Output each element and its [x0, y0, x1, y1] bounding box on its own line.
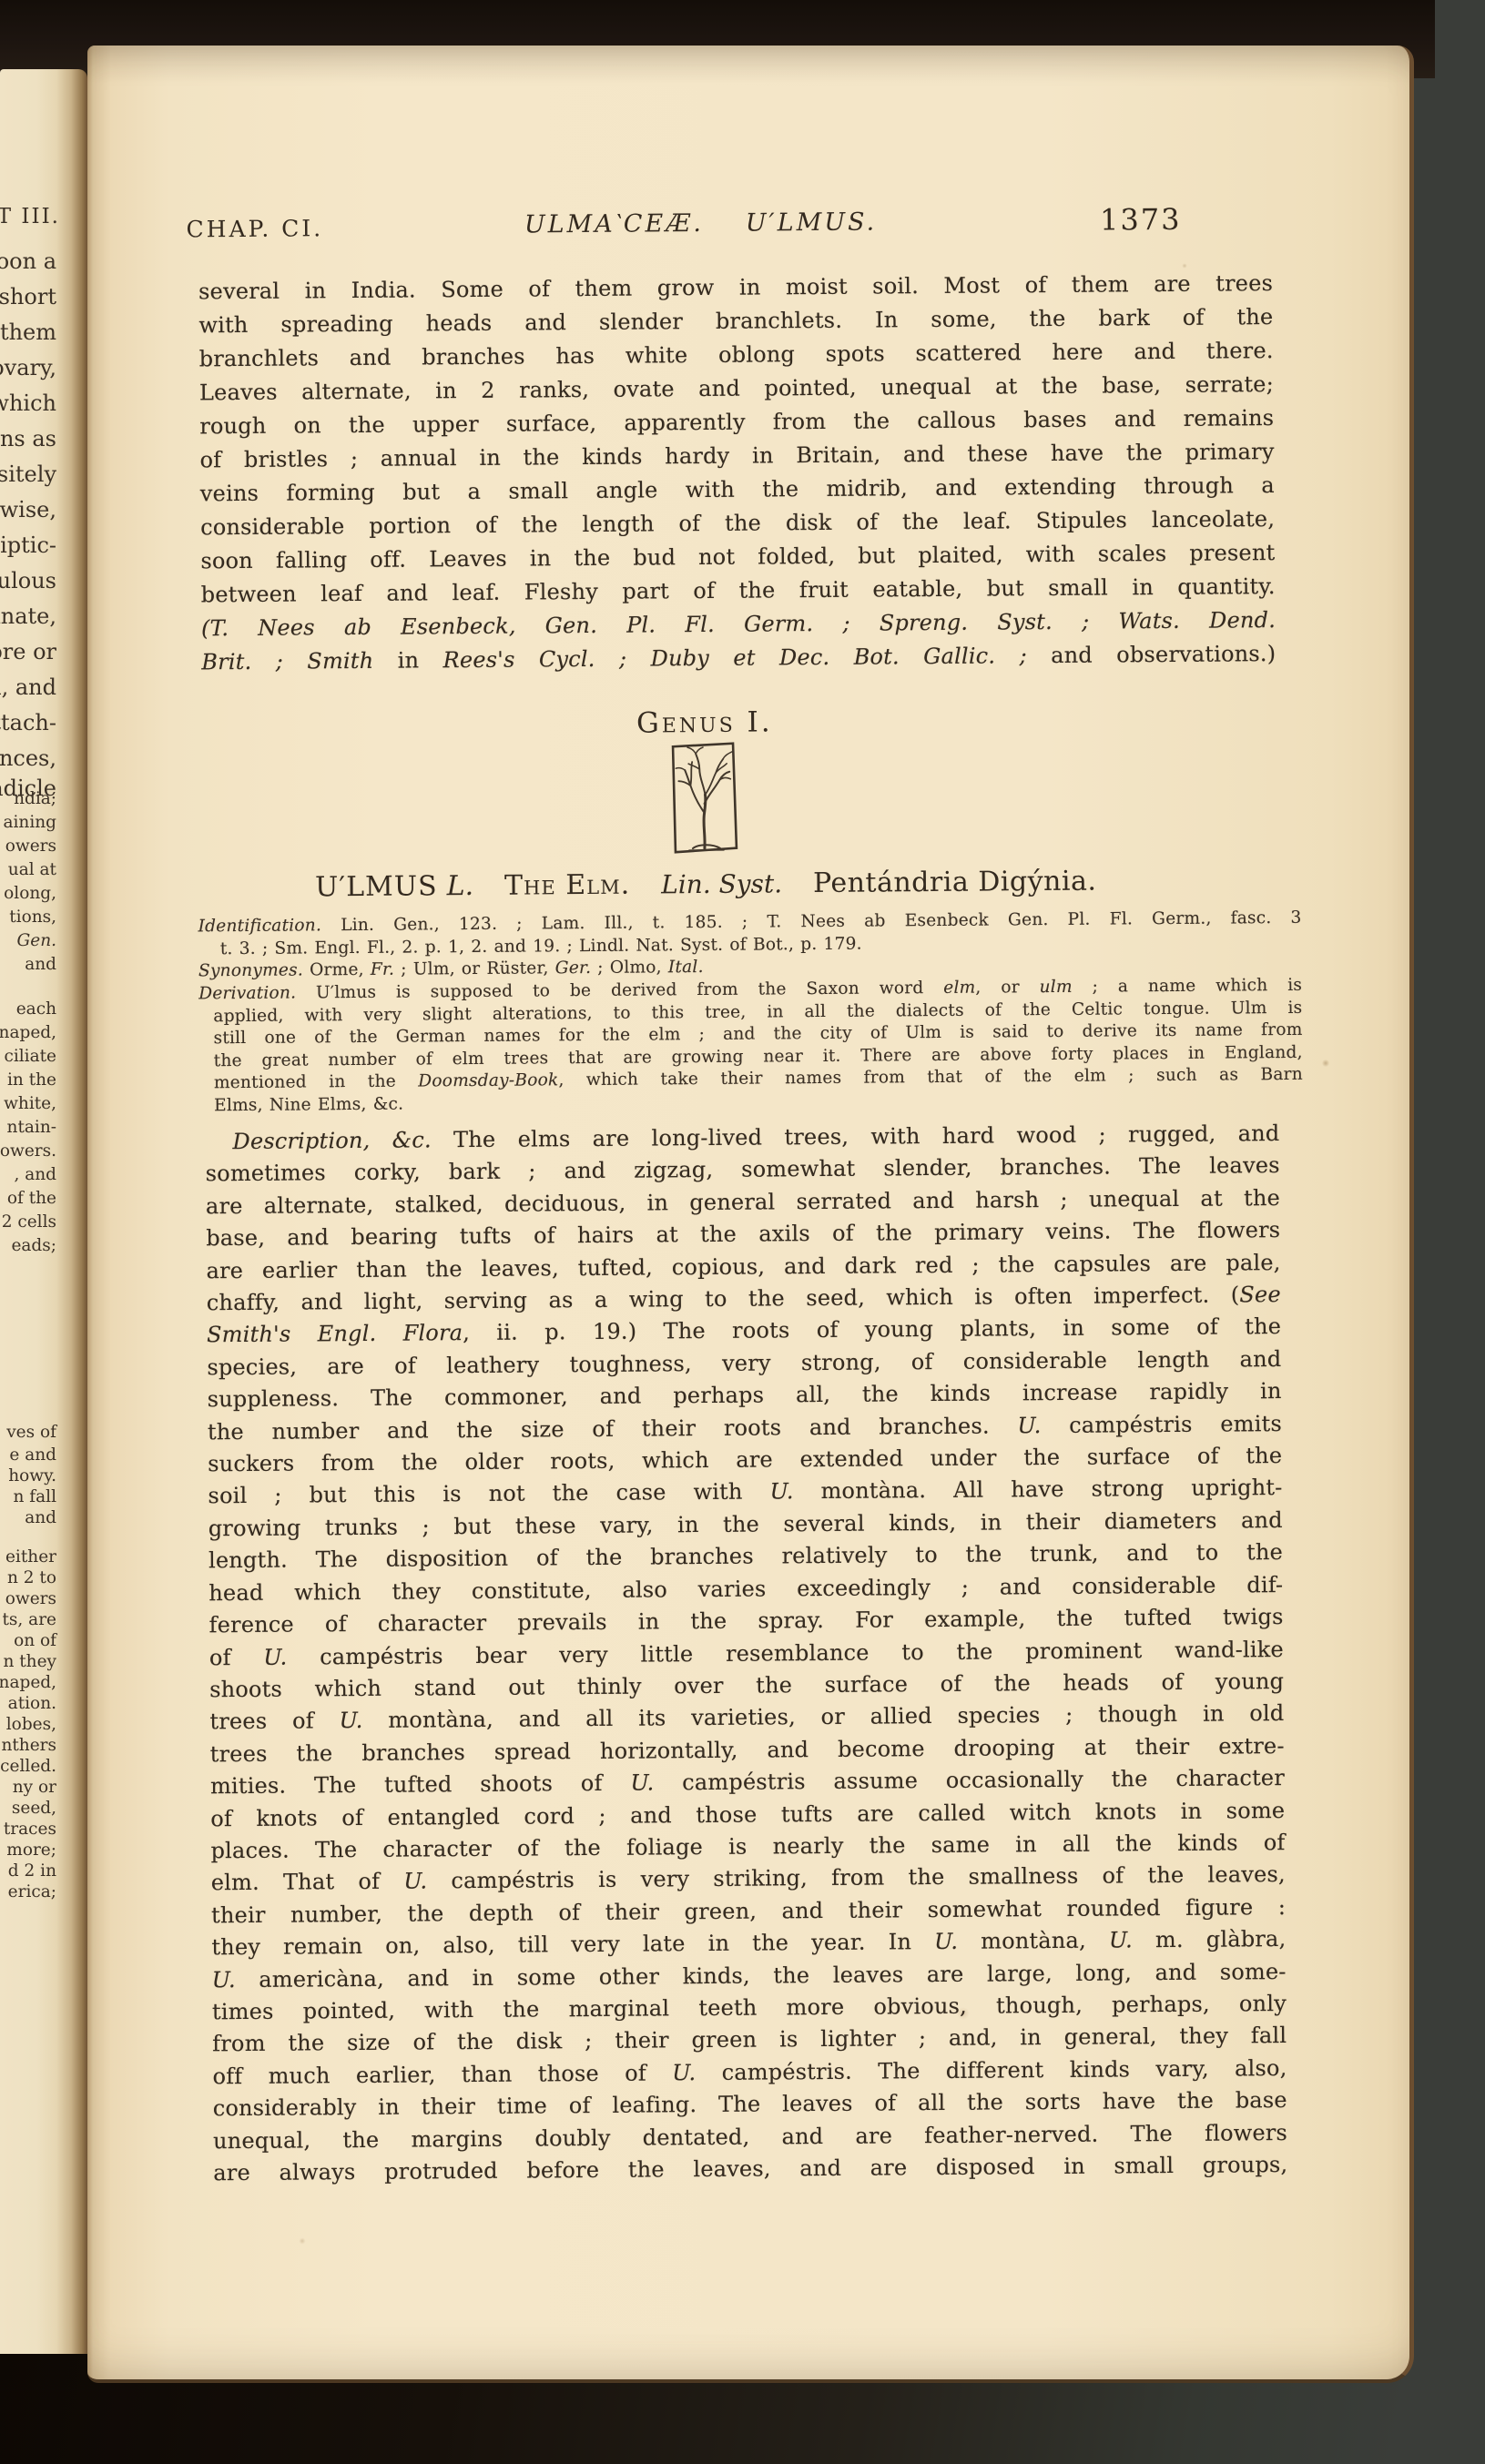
facing-page-text-fragment: nwise,	[0, 497, 56, 522]
running-head-genus: U′LMUS.	[746, 208, 878, 237]
facing-page-text-fragment: nthers	[1, 1736, 56, 1755]
facing-page-text-fragment: eads;	[11, 1236, 56, 1255]
facing-page-text-fragment: either	[5, 1547, 56, 1567]
species-heading: U′LMUS L. The Elm. Lin. Syst. Pentándria…	[168, 864, 1243, 904]
facing-page-text-fragment: white,	[4, 1094, 56, 1113]
facing-page-text-fragment: tions,	[9, 908, 56, 927]
facing-page-text-fragment: 2 cells	[2, 1212, 56, 1232]
facing-page-text-fragment: Gen.	[16, 931, 56, 950]
facing-page-text-fragment: short	[0, 284, 56, 309]
facing-page-text-fragment: them	[0, 319, 56, 345]
facing-page-text-fragment: ciliate	[4, 1047, 56, 1066]
facing-page-text-fragment: celled.	[0, 1757, 56, 1776]
facing-page-text-fragment: l, and	[0, 674, 56, 700]
facing-page-text-fragment: ndia;	[14, 789, 56, 808]
facing-page-text-fragment: e and	[9, 1445, 56, 1465]
facing-page-text-fragment: and	[25, 955, 56, 974]
facing-page-text-fragment: n they	[3, 1652, 56, 1671]
facing-page-text-fragment: naped,	[0, 1023, 56, 1042]
facing-page-text-fragment: owers	[5, 837, 56, 856]
book-page: CHAP. CI. ULMA‵CEÆ. U′LMUS. 1373 several…	[87, 46, 1414, 2383]
facing-page-text-fragment: traces	[4, 1820, 56, 1839]
facing-page-text-fragment: howy.	[8, 1466, 56, 1485]
facing-page-edge: T III. oon ashortthemovary,whichns assit…	[0, 69, 87, 2354]
text-line: Brit. ; Smith in Rees's Cycl. ; Duby et …	[201, 637, 1276, 679]
facing-page-text-fragment: on of	[14, 1631, 56, 1650]
facing-page-text-fragment: ovary,	[0, 355, 56, 380]
facing-page-text-fragment: d 2 in	[8, 1861, 56, 1881]
facing-page-text-fragment: of the	[7, 1189, 56, 1208]
species-system-label: Lin. Syst.	[661, 868, 782, 899]
facing-page-text-fragment: oon a	[0, 248, 56, 274]
facing-page-text-fragment: lobes,	[6, 1715, 56, 1734]
running-head-family: ULMA‵CEÆ.	[524, 209, 704, 239]
facing-page-text-fragment: erica;	[8, 1882, 56, 1901]
species-common-name: The Elm.	[504, 869, 630, 902]
facing-page-text-fragment: ntain-	[7, 1118, 56, 1137]
genus-heading: Genus I.	[168, 702, 1242, 743]
facing-page-text-fragment: in the	[7, 1070, 56, 1090]
facing-page-text-fragment: n fall	[13, 1487, 56, 1506]
species-classification: Pentándria Digýnia.	[813, 866, 1097, 899]
facing-page-text-fragment: each	[16, 999, 56, 1019]
elm-tree-woodcut-illustration	[668, 740, 742, 856]
facing-page-running-head: T III.	[0, 205, 60, 228]
facing-page-text-fragment: ns as	[0, 426, 56, 451]
facing-page-text-fragment: ves of	[6, 1423, 56, 1442]
facing-page-text-fragment: n 2 to	[7, 1568, 56, 1587]
facing-page-text-fragment: aining	[3, 813, 56, 832]
facing-page-text-fragment: ulous	[0, 568, 56, 593]
facing-page-text-fragment: iptic-	[0, 532, 56, 558]
book-scan-photo: { "colors": { "backdrop": "#3a3d39", "to…	[0, 0, 1485, 2464]
facing-page-text-fragment: owers	[5, 1589, 56, 1608]
facing-page-text-fragment: olong,	[4, 884, 56, 903]
facing-page-text-fragment: , and	[14, 1165, 56, 1184]
facing-page-text-fragment: owers.	[0, 1141, 56, 1161]
species-authority: L.	[446, 870, 473, 902]
facing-page-text-fragment: ances,	[0, 745, 56, 771]
facing-page-text-fragment: sitely	[0, 461, 56, 487]
page-content: CHAP. CI. ULMA‵CEÆ. U′LMUS. 1373 several…	[87, 40, 1428, 2384]
facing-page-text-fragment: seed,	[12, 1799, 56, 1818]
facing-page-text-fragment: ation.	[8, 1694, 56, 1713]
facing-page-text-fragment: more;	[6, 1840, 56, 1860]
facing-page-text-fragment: which	[0, 390, 56, 416]
facing-page-text-fragment: inate,	[0, 603, 56, 629]
facing-page-text-fragment: naped,	[0, 1673, 56, 1692]
description-paragraph: Description, &c. The elms are long-lived…	[205, 1118, 1287, 2190]
species-genus-name: U′LMUS	[315, 870, 438, 903]
intro-paragraph: several in India. Some of them grow in m…	[198, 267, 1276, 679]
facing-page-text-fragment: and	[25, 1508, 56, 1527]
page-number: 1373	[1017, 202, 1181, 238]
facing-page-text-fragment: ttach-	[0, 710, 56, 735]
facing-page-text-fragment: ore or	[0, 639, 56, 664]
elm-tree-drawing	[668, 740, 742, 856]
facing-page-text-fragment: ts, are	[2, 1610, 56, 1629]
derivation-block: Derivation. U′lmus is supposed to be der…	[198, 975, 1303, 1118]
facing-page-text-fragment: ual at	[8, 860, 56, 879]
facing-page-text-fragment: ny or	[13, 1778, 56, 1797]
